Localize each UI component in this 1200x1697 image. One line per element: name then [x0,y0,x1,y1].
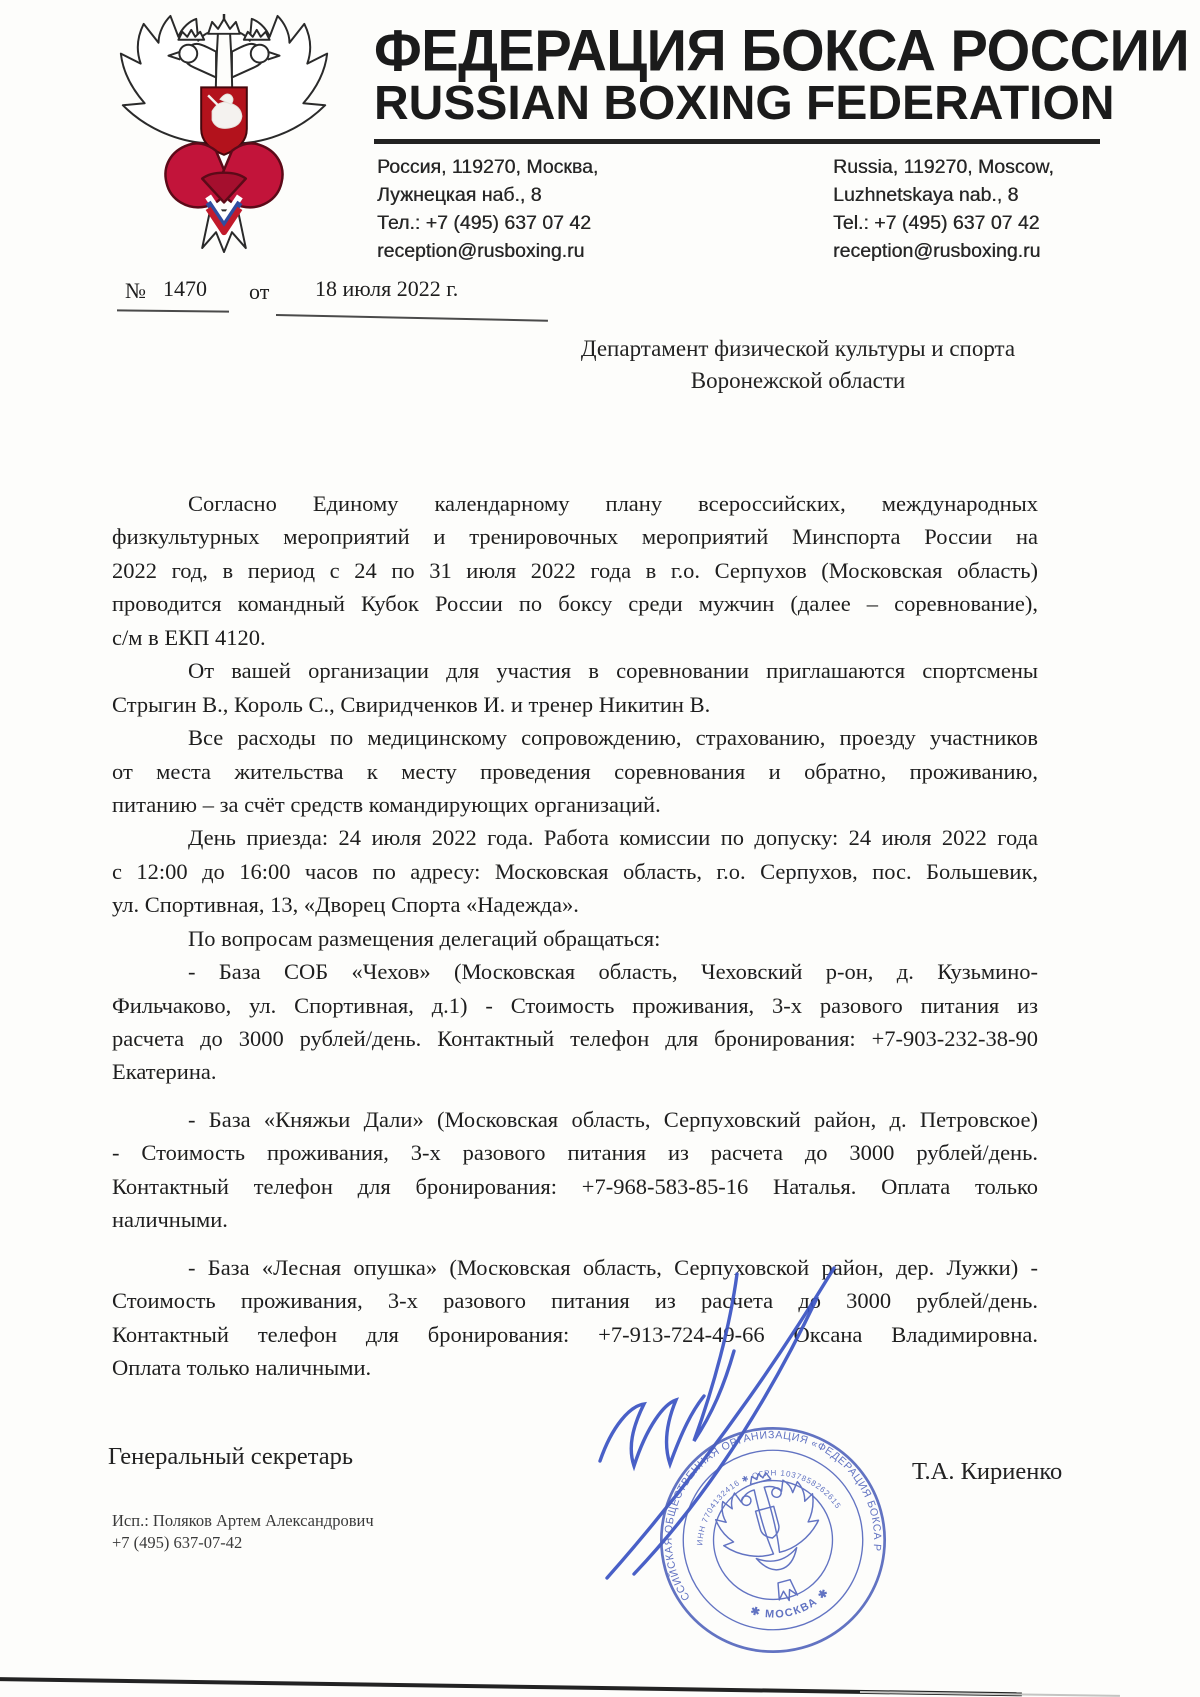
body-line: - База СОБ «Чехов» (Московская область, … [112,955,1038,988]
body-line: Все расходы по медицинскому сопровождени… [112,721,1038,754]
ref-ot-label: от [249,279,269,305]
ref-date: 18 июля 2022 г. [315,276,458,302]
letter-page: ФЕДЕРАЦИЯ БОКСА РОССИИ RUSSIAN BOXING FE… [0,0,1200,1697]
address-line: Russia, 119270, Moscow, [833,153,1163,181]
paragraph: По вопросам размещения делегаций обращат… [112,922,1038,955]
body-line: Стрыгин В., Король С., Свиридченков И. и… [112,688,1038,721]
address-line: reception@rusboxing.ru [377,237,707,265]
body-line: с 12:00 до 16:00 часов по адресу: Москов… [112,855,1038,888]
body-line: Екатерина. [112,1055,1038,1088]
body-line: Согласно Единому календарному плану всер… [112,487,1038,520]
address-line: reception@rusboxing.ru [833,237,1163,265]
body-line: физкультурных мероприятий и тренировочны… [112,520,1038,553]
ref-date-underline [276,314,548,322]
body-line: проводится командный Кубок России по бок… [112,587,1038,620]
body-line: питанию – за счёт средств командирующих … [112,788,1038,821]
ref-number: 1470 [163,276,207,302]
round-stamp-icon: ОБЩЕРОССИЙСКАЯ ОБЩЕСТВЕННАЯ ОРГАНИЗАЦИЯ … [653,1420,893,1660]
body-line: По вопросам размещения делегаций обращат… [112,922,1038,955]
body-line: Фильчаково, ул. Спортивная, д.1) - Стоим… [112,989,1038,1022]
body-line: От вашей организации для участия в сорев… [112,654,1038,687]
reference-row: № 1470 от 18 июля 2022 г. [0,270,1200,330]
paragraph: - База СОБ «Чехов» (Московская область, … [112,955,1038,1089]
svg-text:ОБЩЕРОССИЙСКАЯ ОБЩЕСТВЕННАЯ ОР: ОБЩЕРОССИЙСКАЯ ОБЩЕСТВЕННАЯ ОРГАНИЗАЦИЯ … [653,1420,890,1611]
org-title-ru: ФЕДЕРАЦИЯ БОКСА РОССИИ [374,16,1134,84]
address-line: Tel.: +7 (495) 637 07 42 [833,209,1163,237]
addressee-block: Департамент физической культуры и спорта… [557,333,1039,397]
executor-phone: +7 (495) 637-07-42 [112,1532,374,1554]
body-line: наличными. [112,1203,1038,1236]
signer-position: Генеральный секретарь [108,1443,353,1471]
address-line: Тел.: +7 (495) 637 07 42 [377,209,707,237]
paragraph: Согласно Единому календарному плану всер… [112,487,1038,654]
ref-number-underline [117,309,229,312]
paragraph: От вашей организации для участия в сорев… [112,654,1038,721]
paragraph: Все расходы по медицинскому сопровождени… [112,721,1038,821]
addressee-line2: Воронежской области [557,365,1039,397]
body-line: ул. Спортивная, 13, «Дворец Спорта «Наде… [112,888,1038,921]
addressee-line1: Департамент физической культуры и спорта [557,333,1039,365]
header-rule [374,139,1100,144]
executor-block: Исп.: Поляков Артем Александрович +7 (49… [112,1510,374,1554]
signer-name: Т.А. Кириенко [912,1458,1062,1486]
org-title-en: RUSSIAN BOXING FEDERATION [374,76,1134,131]
body-text: Согласно Единому календарному плану всер… [112,487,1038,1384]
body-line: - Стоимость проживания, 3-х разового пит… [112,1136,1038,1169]
address-line: Россия, 119270, Москва, [377,153,707,181]
paragraph: День приезда: 24 июля 2022 года. Работа … [112,821,1038,921]
paragraph: - База «Княжьи Дали» (Московская область… [112,1103,1038,1237]
body-line: Контактный телефон для бронирования: +7-… [112,1170,1038,1203]
executor-name: Исп.: Поляков Артем Александрович [112,1510,374,1532]
body-line: День приезда: 24 июля 2022 года. Работа … [112,821,1038,854]
body-line: расчета до 3000 рублей/день. Контактный … [112,1022,1038,1055]
body-line: от места жительства к месту проведения с… [112,755,1038,788]
address-line: Luzhnetskaya nab., 8 [833,181,1163,209]
body-line: - База «Княжьи Дали» (Московская область… [112,1103,1038,1136]
ref-no-label: № [125,278,146,304]
stamp-ring-text: ОБЩЕРОССИЙСКАЯ ОБЩЕСТВЕННАЯ ОРГАНИЗАЦИЯ … [653,1420,890,1611]
address-block-en: Russia, 119270, Moscow,Luzhnetskaya nab.… [833,153,1163,265]
address-block-ru: Россия, 119270, Москва,Лужнецкая наб., 8… [377,153,707,265]
body-line: 2022 год, в период с 24 по 31 июля 2022 … [112,554,1038,587]
federation-emblem-icon [103,12,345,255]
address-line: Лужнецкая наб., 8 [377,181,707,209]
scan-edge-line [0,1677,1022,1696]
body-line: с/м в ЕКП 4120. [112,621,1038,654]
